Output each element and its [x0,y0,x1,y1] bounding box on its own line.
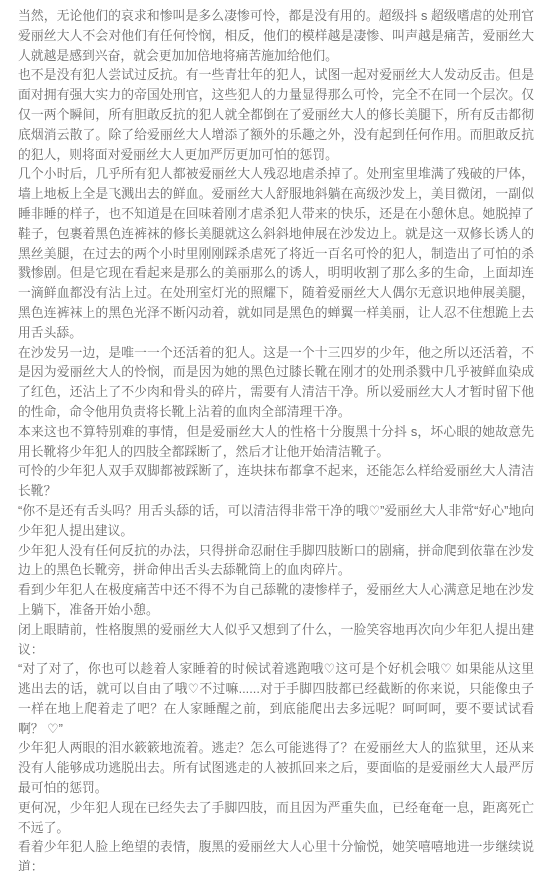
paragraph: 在沙发另一边，是唯一一个还活着的犯人。这是一个十三四岁的少年，他之所以还活着，不… [18,343,534,422]
paragraph: 闭上眼睛前，性格腹黑的爱丽丝大人似乎又想到了什么，一脸笑容地再次向少年犯人提出建… [18,620,534,660]
paragraph: 看到少年犯人在极度痛苦中还不得不为自己舔靴的凄惨样子，爱丽丝大人心满意足地在沙发… [18,580,534,620]
novel-reader-page: 当然，无论他们的哀求和惨叫是多么凄惨可怜，都是没有用的。超级抖 s 超级嗜虐的处… [0,0,551,871]
paragraph: 少年犯人两眼的泪水簌簌地流着。逃走？怎么可能逃得了？在爱丽丝大人的监狱里，还从来… [18,738,534,797]
paragraph: 看着少年犯人脸上绝望的表情，腹黑的爱丽丝大人心里十分愉悦，她笑嘻嘻地进一步继续说… [18,837,534,871]
paragraph: 更何况，少年犯人现在已经失去了手脚四肢，而且因为严重失血，已经奄奄一息，距离死亡… [18,798,534,838]
paragraph: 本来这也不算特别难的事情，但是爱丽丝大人的性格十分腹黑十分抖 s，坏心眼的她故意… [18,422,534,462]
paragraph: 也不是没有犯人尝试过反抗。有一些青壮年的犯人，试图一起对爱丽丝大人发动反击。但是… [18,65,534,164]
paragraph: 当然，无论他们的哀求和惨叫是多么凄惨可怜，都是没有用的。超级抖 s 超级嗜虐的处… [18,6,534,65]
paragraph: 可怜的少年犯人双手双脚都被踩断了，连块抹布都拿不起来，还能怎么样给爱丽丝大人清洁… [18,461,534,501]
paragraph: 少年犯人没有任何反抗的办法，只得拼命忍耐住手脚四肢断口的剧痛，拼命爬到依靠在沙发… [18,541,534,581]
paragraph: “你不是还有舌头吗？用舌头舔的话，可以清洁得非常干净的哦♡”爱丽丝大人非常“好心… [18,501,534,541]
paragraph: 几个小时后，几乎所有犯人都被爱丽丝大人残忍地虐杀掉了。处刑室里堆满了残破的尸体，… [18,164,534,342]
paragraph: “对了对了，你也可以趁着人家睡着的时候试着逃跑哦♡这可是个好机会哦♡ 如果能从这… [18,659,534,738]
